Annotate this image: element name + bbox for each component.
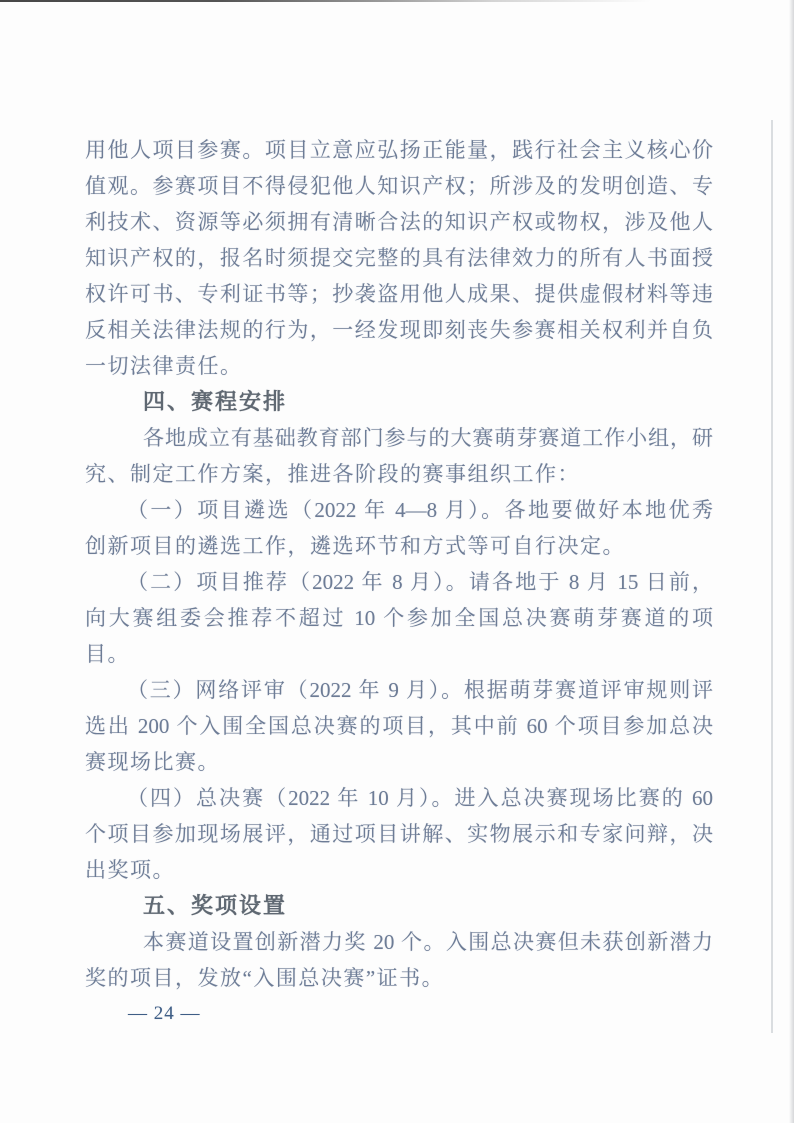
document-page: 用他人项目参赛。项目立意应弘扬正能量，践行社会主义核心价值观。参赛项目不得侵犯他…	[0, 0, 794, 1123]
text-line: 各地成立有基础教育部门参与的大赛萌芽赛道工作小组，研	[85, 420, 713, 456]
paragraph: 各地成立有基础教育部门参与的大赛萌芽赛道工作小组，研究、制定工作方案，推进各阶段…	[85, 420, 713, 492]
scan-vertical-line-artifact	[771, 120, 773, 1033]
text-line: 知识产权的，报名时须提交完整的具有法律效力的所有人书面授	[85, 240, 713, 276]
text-line: 目。	[85, 636, 713, 672]
text-line: （一）项目遴选（2022 年 4—8 月）。各地要做好本地优秀	[85, 492, 713, 528]
paragraph: （二）项目推荐（2022 年 8 月）。请各地于 8 月 15 日前，向大赛组委…	[85, 564, 713, 672]
text-line: （三）网络评审（2022 年 9 月）。根据萌芽赛道评审规则评	[85, 672, 713, 708]
paragraph: （三）网络评审（2022 年 9 月）。根据萌芽赛道评审规则评选出 200 个入…	[85, 672, 713, 780]
paragraph: 本赛道设置创新潜力奖 20 个。入围总决赛但未获创新潜力奖的项目，发放“入围总决…	[85, 924, 713, 996]
text-line: 究、制定工作方案，推进各阶段的赛事组织工作：	[85, 456, 713, 492]
section-heading: 五、奖项设置	[143, 888, 713, 924]
paragraph: （四）总决赛（2022 年 10 月）。进入总决赛现场比赛的 60个项目参加现场…	[85, 780, 713, 888]
text-line: （四）总决赛（2022 年 10 月）。进入总决赛现场比赛的 60	[85, 780, 713, 816]
text-line: 利技术、资源等必须拥有清晰合法的知识产权或物权，涉及他人	[85, 204, 713, 240]
page-number: — 24 —	[128, 1001, 201, 1027]
text-line: 权许可书、专利证书等；抄袭盗用他人成果、提供虚假材料等违	[85, 276, 713, 312]
text-line: 值观。参赛项目不得侵犯他人知识产权；所涉及的发明创造、专	[85, 168, 713, 204]
text-line: 赛现场比赛。	[85, 744, 713, 780]
section-heading: 四、赛程安排	[143, 384, 713, 420]
scan-top-edge-artifact	[0, 0, 794, 2]
text-line: 用他人项目参赛。项目立意应弘扬正能量，践行社会主义核心价	[85, 132, 713, 168]
text-line: 出奖项。	[85, 852, 713, 888]
text-line: 反相关法律法规的行为，一经发现即刻丧失参赛相关权利并自负	[85, 312, 713, 348]
document-body: 用他人项目参赛。项目立意应弘扬正能量，践行社会主义核心价值观。参赛项目不得侵犯他…	[85, 132, 713, 996]
paragraph: （一）项目遴选（2022 年 4—8 月）。各地要做好本地优秀创新项目的遴选工作…	[85, 492, 713, 564]
scan-right-edge-shadow	[789, 0, 794, 1123]
text-line: 一切法律责任。	[85, 348, 713, 384]
text-line: 选出 200 个入围全国总决赛的项目，其中前 60 个项目参加总决	[85, 708, 713, 744]
text-line: （二）项目推荐（2022 年 8 月）。请各地于 8 月 15 日前，	[85, 564, 713, 600]
text-line: 向大赛组委会推荐不超过 10 个参加全国总决赛萌芽赛道的项	[85, 600, 713, 636]
text-line: 创新项目的遴选工作，遴选环节和方式等可自行决定。	[85, 528, 713, 564]
paragraph: 用他人项目参赛。项目立意应弘扬正能量，践行社会主义核心价值观。参赛项目不得侵犯他…	[85, 132, 713, 384]
text-line: 奖的项目，发放“入围总决赛”证书。	[85, 960, 713, 996]
text-line: 个项目参加现场展评，通过项目讲解、实物展示和专家问辩，决	[85, 816, 713, 852]
text-line: 本赛道设置创新潜力奖 20 个。入围总决赛但未获创新潜力	[85, 924, 713, 960]
